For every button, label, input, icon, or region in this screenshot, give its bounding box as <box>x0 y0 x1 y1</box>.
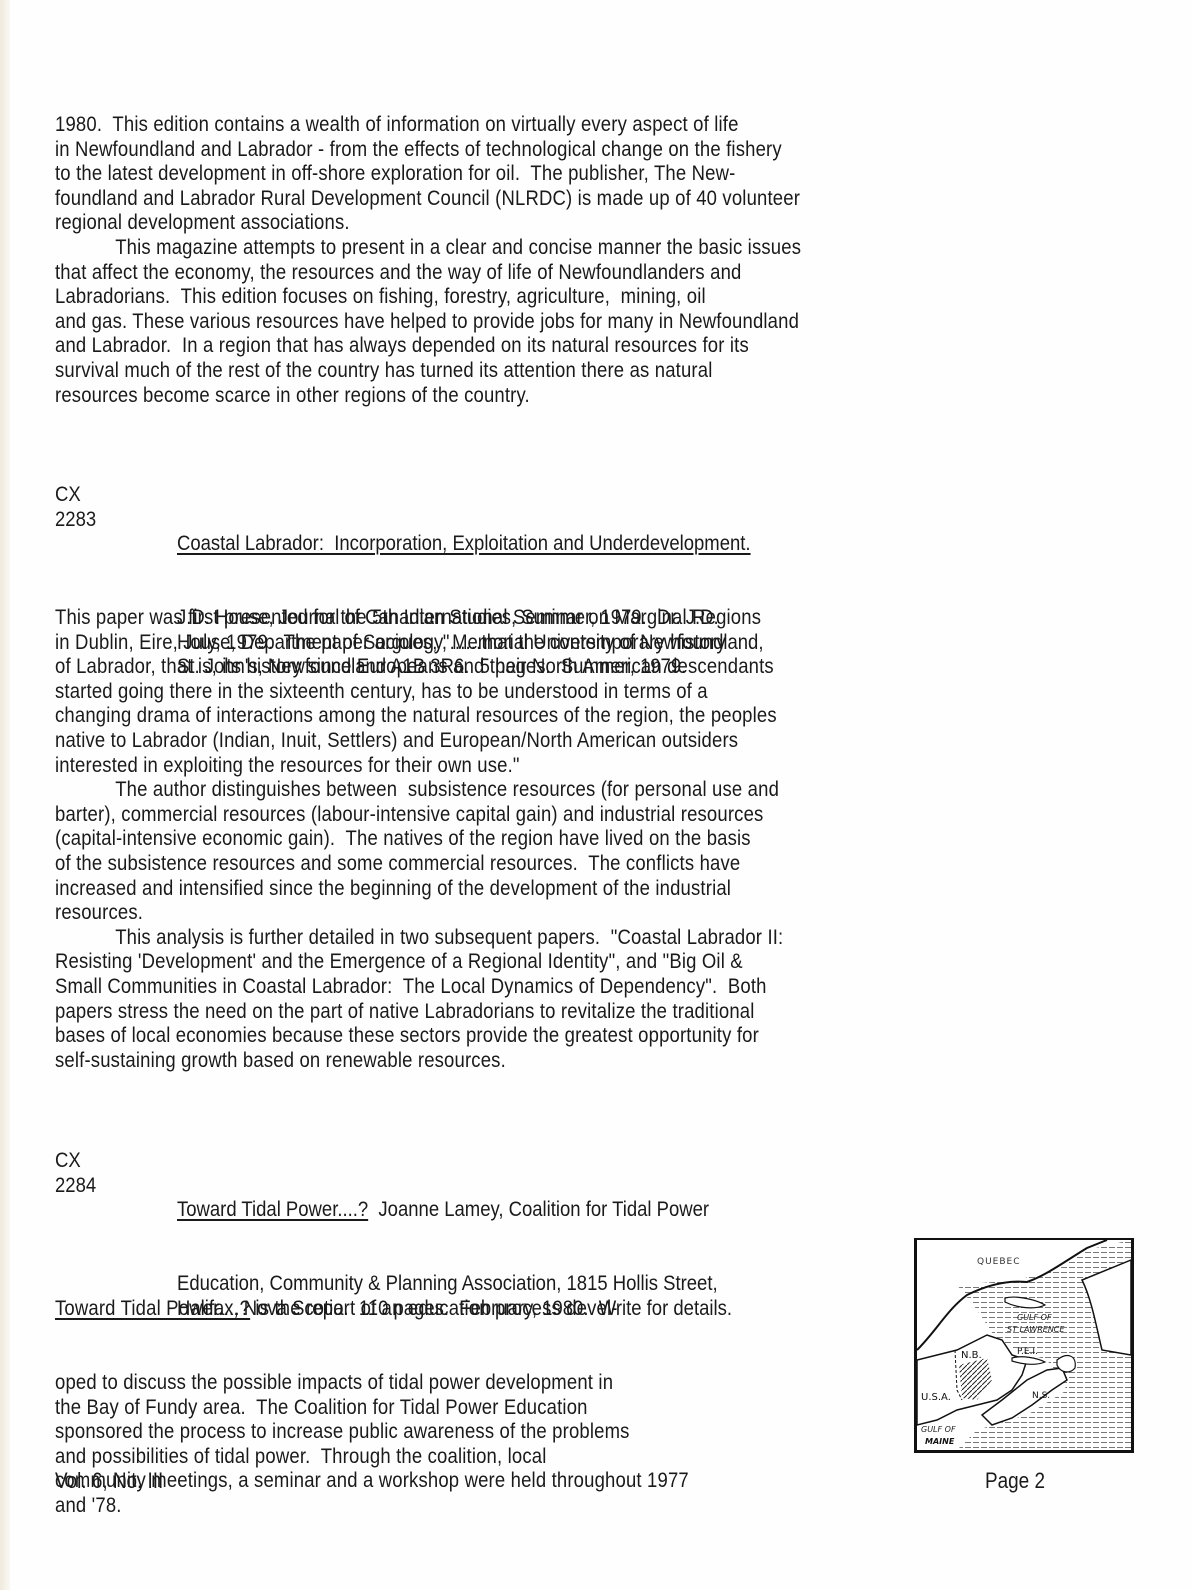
summary-text: is the report of an education process de… <box>250 1296 617 1320</box>
text-line: the Bay of Fundy area. The Coalition for… <box>55 1395 689 1420</box>
intro-paragraph-1: 1980. This edition contains a wealth of … <box>55 112 800 235</box>
page-number: Page 2 <box>985 1468 1045 1494</box>
text-line: foundland and Labrador Rural Development… <box>55 186 800 211</box>
text-line: Labradorians. This edition focuses on fi… <box>55 284 801 309</box>
text-line: This paper was first presented for the 5… <box>55 605 783 630</box>
text-line: in Dublin, Eire, July, 1979. The paper a… <box>55 630 783 655</box>
text-line: Small Communities in Coastal Labrador: T… <box>55 974 783 999</box>
map-illustration: QUEBEC GULF OF ST LAWRENCE N.B. P.E.I. U… <box>917 1240 1131 1450</box>
text-line: in Newfoundland and Labrador - from the … <box>55 137 800 162</box>
text-line: interested in exploiting the resources f… <box>55 753 783 778</box>
text-line: and gas. These various resources have he… <box>55 309 801 334</box>
text-line: of Labrador, that is, its history since … <box>55 654 783 679</box>
entry-code-number: 2283 <box>55 507 96 532</box>
text-line: oped to discuss the possible impacts of … <box>55 1370 689 1395</box>
text-line: started going there in the sixteenth cen… <box>55 679 783 704</box>
volume-number: Vol. 6, No. III <box>55 1468 163 1494</box>
map-label-nb: N.B. <box>961 1350 982 1361</box>
map-label-ns: N.S. <box>1032 1391 1050 1401</box>
text-line: self-sustaining growth based on renewabl… <box>55 1048 783 1073</box>
text-line: changing drama of interactions among the… <box>55 703 783 728</box>
text-line: survival much of the rest of the country… <box>55 358 801 383</box>
page-edge <box>0 0 10 1590</box>
text-line: native to Labrador (Indian, Inuit, Settl… <box>55 728 783 753</box>
entry-code-2283: CX 2283 <box>55 482 96 531</box>
entry-abstract-2283: This paper was first presented for the 5… <box>55 605 783 1072</box>
text-line: regional development associations. <box>55 210 800 235</box>
entry-code-2284: CX 2284 <box>55 1148 96 1197</box>
text-line: sponsored the process to increase public… <box>55 1419 689 1444</box>
text-line: The author distinguishes between subsist… <box>55 777 783 802</box>
text-line: increased and intensified since the begi… <box>55 876 783 901</box>
text-line: Resisting 'Development' and the Emergenc… <box>55 949 783 974</box>
text-line: resources. <box>55 900 783 925</box>
text-line: of the subsistence resources and some co… <box>55 851 783 876</box>
text-line: to the latest development in off-shore e… <box>55 161 800 186</box>
intro-paragraph-2: This magazine attempts to present in a c… <box>55 235 801 407</box>
entry-code-number: 2284 <box>55 1173 96 1198</box>
text-line: resources become scarce in other regions… <box>55 383 801 408</box>
text-line: (capital-intensive economic gain). The n… <box>55 826 783 851</box>
text-line: This magazine attempts to present in a c… <box>55 235 801 260</box>
summary-title: Toward Tidal Power....? <box>55 1296 250 1320</box>
text-line: bases of local economies because these s… <box>55 1023 783 1048</box>
text-line: 1980. This edition contains a wealth of … <box>55 112 800 137</box>
map-label-gulf-of-maine: GULF OF <box>921 1425 956 1434</box>
map-label-usa: U.S.A. <box>921 1392 951 1403</box>
entry-title: Coastal Labrador: Incorporation, Exploit… <box>177 531 763 556</box>
text-line: This analysis is further detailed in two… <box>55 925 783 950</box>
entry-code-prefix: CX <box>55 1148 96 1173</box>
text-line: that affect the economy, the resources a… <box>55 260 801 285</box>
text-line: barter), commercial resources (labour-in… <box>55 802 783 827</box>
text-line: and '78. <box>55 1493 689 1518</box>
text-line: papers stress the need on the part of na… <box>55 999 783 1024</box>
map-label-maine: MAINE <box>925 1437 955 1446</box>
maritimes-map-figure: QUEBEC GULF OF ST LAWRENCE N.B. P.E.I. U… <box>914 1238 1134 1453</box>
map-label-pei: P.E.I. <box>1017 1347 1038 1357</box>
map-label-gulf-st-lawrence: GULF OF <box>1017 1313 1052 1322</box>
map-label-quebec: QUEBEC <box>977 1257 1021 1267</box>
entry-abstract-2284: Toward Tidal Power....? is the report of… <box>55 1247 689 1542</box>
text-line: and possibilities of tidal power. Throug… <box>55 1444 689 1469</box>
entry-title: Toward Tidal Power....? <box>177 1197 368 1221</box>
map-label-st-lawrence: ST LAWRENCE <box>1007 1325 1065 1334</box>
entry-citation-text: Joanne Lamey, Coalition for Tidal Power <box>368 1197 709 1221</box>
entry-code-prefix: CX <box>55 482 96 507</box>
text-line: and Labrador. In a region that has alway… <box>55 333 801 358</box>
